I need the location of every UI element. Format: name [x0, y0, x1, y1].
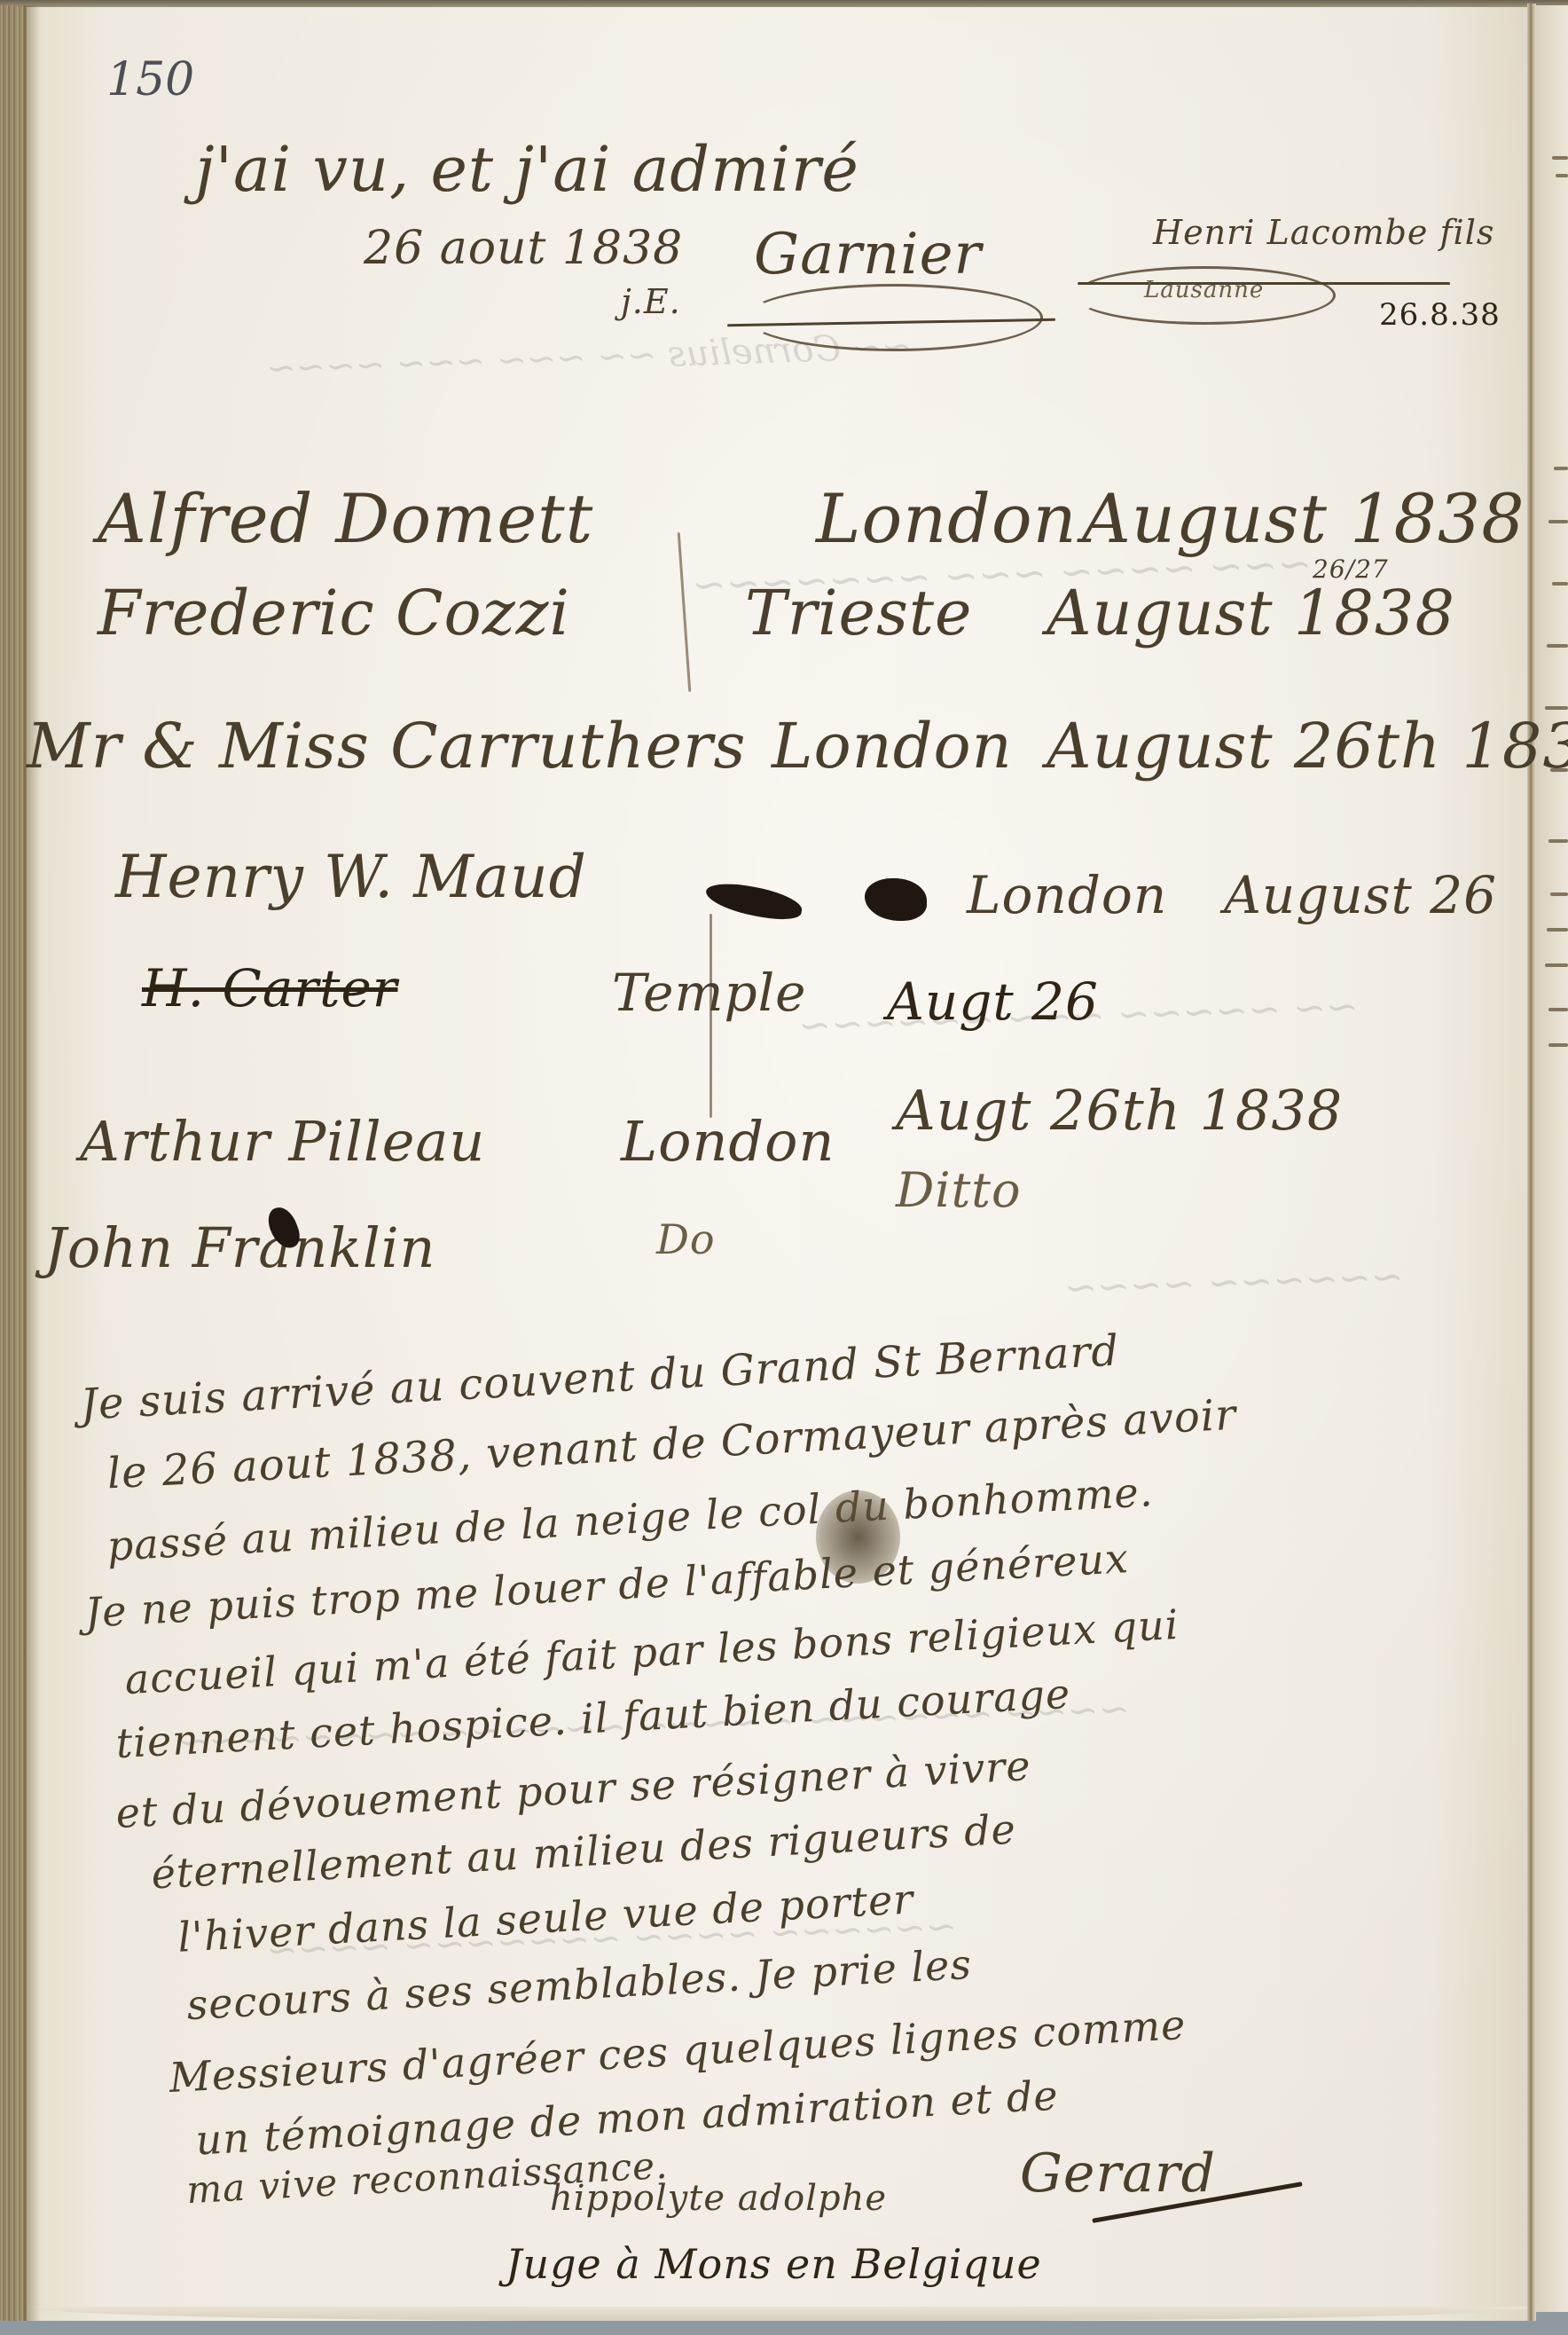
entry-date: August 26: [1224, 865, 1497, 925]
header-remark: j'ai vu, et j'ai admiré: [195, 133, 859, 206]
page-bottom-edge: [25, 2307, 1533, 2321]
entry-place: London: [621, 1109, 835, 1174]
signature-flourish: [745, 284, 1043, 351]
entry-name: Alfred Domett: [98, 479, 593, 558]
signature-surname: Gerard: [1020, 2142, 1216, 2205]
entry-place: Trieste: [745, 577, 972, 649]
entry-name: Henry W. Maud: [115, 843, 587, 911]
scanned-page: ~~ Cornelius ~~ ~~~ ~~~ ~~~~ ~~~ ~~~~ ~~…: [0, 0, 1568, 2335]
entry-date: August 26th 1838: [1047, 710, 1568, 782]
entry-date: Augt 26th 1838: [896, 1078, 1343, 1143]
cosigner-place: Lausanne: [1144, 277, 1264, 303]
signature-title: Juge à Mons en Belgique: [506, 2240, 1042, 2288]
header-signature: Garnier: [754, 222, 982, 287]
book-gutter: [1527, 4, 1536, 2321]
signature-first-names: hippolyte adolphe: [550, 2178, 887, 2219]
entry-name: Arthur Pilleau: [80, 1109, 485, 1174]
entry-date: August 1838: [1082, 479, 1525, 558]
entry-place: Do: [656, 1215, 716, 1263]
entry-date: Augt 26: [887, 971, 1099, 1032]
entry-place: London: [967, 865, 1167, 925]
entry-date: August 1838: [1047, 577, 1455, 649]
entry-place: London: [816, 479, 1078, 558]
cosigner-date: 26.8.38: [1379, 297, 1501, 333]
page-number: 150: [106, 53, 194, 106]
cosigner-name: Henri Lacombe fils: [1153, 213, 1494, 252]
entry-date: Ditto: [896, 1162, 1021, 1218]
next-page-edge: [1536, 5, 1568, 2312]
entry-name: John Franklin: [44, 1215, 435, 1280]
header-date: 26 aout 1838: [364, 222, 683, 275]
entry-place: Temple: [612, 963, 807, 1023]
entry-place: London: [772, 710, 1013, 782]
entry-name: Mr & Miss Carruthers: [27, 710, 746, 782]
header-initials: j.E.: [621, 282, 681, 321]
entry-name: Frederic Cozzi: [98, 577, 570, 649]
binding-shadow: [23, 5, 41, 2321]
entry-name: H. Carter: [142, 958, 398, 1018]
